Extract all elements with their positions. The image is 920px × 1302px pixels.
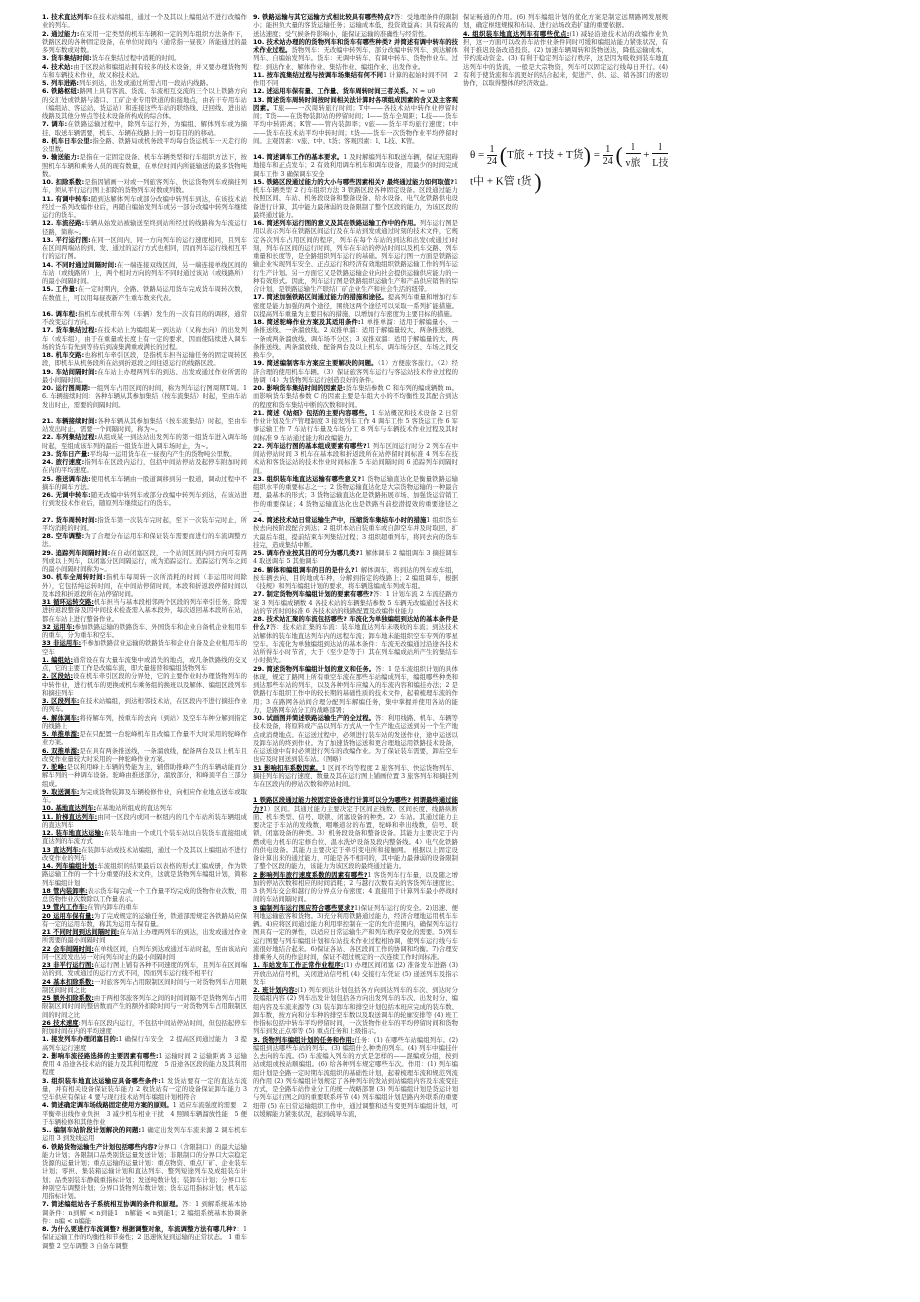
definition-entry: 6. 双推单溜:是在具有两条推送线，一条溜放线，配备两台及以上机车且改变作业量较… bbox=[42, 748, 247, 765]
definition-entry: 2. 影响车流径路选择的主要因素有哪些:1 运输时间 2 运输距离 3 运输费用… bbox=[42, 1053, 247, 1078]
entry-term: 4. 技术站: bbox=[42, 64, 73, 71]
entry-term: 31 影响扣车系数因素。 bbox=[253, 765, 322, 772]
entry-term: 23. 货车日产量: bbox=[42, 451, 90, 458]
formula-lhs: θ = bbox=[470, 149, 484, 161]
definition-entry: 12. 述运用车保有量、工作量、货车周转时间三者关系。N = uθ bbox=[253, 88, 458, 96]
definition-entry: 20. 运行图周期:一组列车占用区间的时间，称为列车运行图周期T周。16. 车辆… bbox=[42, 385, 247, 410]
entry-term: 8. 机车日车公里: bbox=[42, 138, 92, 145]
definition-entry: 4. 技术站:由于区段站和编组站拥有较多的技术设备，并又要办理货物列车和车辆技术… bbox=[42, 64, 247, 81]
entry-text: (1) 列车到达计划包括各方向到达列车的车次、到达时分及编组内容 (2) 列车出… bbox=[253, 987, 458, 1035]
definition-entry: 31 循环运转交路:机车担当与基本段相邻两个区段的列车牵引任务，除需进折返段整备… bbox=[42, 599, 247, 624]
definition-entry: 11. 阶梯直达列车:由同一区段内或同一枢纽内的几个车站所装车辆组成的直达列车 bbox=[42, 814, 247, 831]
entry-term: 17. 简述加强铁路区间通过能力的措施和途径。 bbox=[253, 294, 388, 301]
entry-term: 1. 车站发车工作正常作业程序: bbox=[253, 962, 343, 969]
entry-text: 1)保证列车运行的安全。2)迅速、便利地运输旅客和货物。3)充分利用铁路通过能力… bbox=[253, 905, 458, 962]
entry-term: 6. 铁路枢纽: bbox=[42, 88, 79, 95]
entry-term: 2. 影响车流径路选择的主要因素有哪些: bbox=[42, 1053, 159, 1060]
definition-entry: 9. 输送能力:是指在一定固定设备、机车车辆类型和行车组织方法下，按照机车车辆和… bbox=[42, 154, 247, 179]
entry-term: 10. 基地直达列车: bbox=[42, 805, 96, 812]
definition-entry: 19. 简述编制客车方案应主要解决的问题。（1）方便旅客旅行。（2）经济合理的使… bbox=[253, 360, 458, 385]
definition-entry: 16. 简述列车运行图的意义及其在铁路运输工作中的作用。列车运行图是用以表示列车… bbox=[253, 220, 458, 294]
entry-term: 8. 为什么要进行车流调整? 根据调整对象，车流调整方法有哪几种? bbox=[42, 1226, 236, 1233]
entry-term: 27. 制定货物列车编组计划的要素有哪些? bbox=[253, 591, 373, 598]
definition-entry: 19. 车站间隔时间:在车站上办理两列车的到达、出发或通过作业所需的最小间隔时间… bbox=[42, 369, 247, 386]
definition-entry: 18 管内装卸率:表示货车每完成一个工作量平均完成的货物作业次数，用总货物作业次… bbox=[42, 888, 247, 905]
entry-term: 17. 货车集结过程: bbox=[42, 327, 97, 334]
definition-entry: 23. 组织装车地直达运输有哪些意义?1 货物运输直达化是衡量铁路运输组织水平的… bbox=[253, 476, 458, 517]
definition-entry: 10. 基地直达列车:在基地站所组成的直达列车 bbox=[42, 805, 247, 813]
column-2: 9. 铁路运输与其它运输方式相比较具有哪些特点?答：受地理条件的限制小；能担负大… bbox=[253, 14, 458, 1119]
entry-term: 1. 接发列车办理闭塞目的: bbox=[42, 1036, 118, 1043]
definition-entry: 27. 货车周转时间:指货车第一次装车完时起，至下一次装车完时止，所平均消耗的时… bbox=[42, 517, 247, 534]
definition-entry: 7. 调车:在铁路运输过程中，除列车运行外，为编组、解体列车或为摘挂、取送车辆需… bbox=[42, 121, 247, 138]
entry-term: 26. 无调中转车: bbox=[42, 492, 91, 499]
entry-term: 7. 驼峰: bbox=[42, 764, 67, 771]
definition-entry: 20. 影响货车集结时间的因素是:货车集结参数 C 和车列的编成辆数 m。而影响… bbox=[253, 385, 458, 410]
entry-term: 11. 阶梯直达列车: bbox=[42, 814, 97, 821]
entry-term: 26 技术速度 bbox=[42, 1020, 79, 1027]
definition-entry: 保证畅通的作用。(6) 列车编组计划的优化方案是制定远期路网发展规划，确定枢纽规… bbox=[463, 14, 668, 31]
entry-term: 23. 组织装车地直达运输有哪些意义? bbox=[253, 476, 361, 483]
entry-text: 列车运行图是用以表示列车在铁路区间运行及在车站到发或通过时刻的技术文件，它规定各… bbox=[253, 220, 458, 293]
definition-entry: 1. 技术直达列车:在技术站编组，通过一个及其以上编组站不进行改编作业的列车。 bbox=[42, 14, 247, 31]
entry-term: 22 会车间隔时间: bbox=[42, 946, 94, 953]
fraction-1-24: 1 24 bbox=[487, 144, 497, 167]
definition-entry: 4. 简述确定调车场线路固定使用方案的原则。1 适应车流强度的需要 2 平衡牵出… bbox=[42, 1102, 247, 1127]
definition-entry: 3 编制列车运行图应符合哪些要求?1)保证列车运行的安全。2)迅速、便利地运输旅… bbox=[253, 905, 458, 963]
entry-term: 31 循环运转交路: bbox=[42, 599, 94, 606]
entry-term: 21 不同时间到达间隔时间: bbox=[42, 929, 119, 936]
entry-term: 14. 简述调车工作的基本要求。 bbox=[253, 154, 343, 161]
formula-sum: T旅 + T技 + T货 bbox=[507, 149, 584, 161]
definition-entry: 12. 车流径路:车辆从始发站被输送至终到站所经过的线路称为车流运行径路，简称~… bbox=[42, 220, 247, 237]
entry-term: 2. 通过能力: bbox=[42, 31, 79, 38]
entry-term: 4. 组织装车地直达列车有哪些优点: bbox=[463, 31, 569, 38]
definition-entry: 21. 车辆接续时间:各种车辆从其参加集结（按车流集结）时起，至由车站发出时止，… bbox=[42, 418, 247, 435]
entry-term: 7. 简述编组站各子系统相互协调的条件和原理。 bbox=[42, 1201, 182, 1208]
entry-term: 2 影响列车旅行速度系数的因素有哪些? bbox=[253, 872, 367, 879]
entry-term: 19 管内工作车: bbox=[42, 904, 87, 911]
definition-entry: 26. 无调中转车:随无改编中转列车或部分改编中转列车到达，在该站进行到发技术作… bbox=[42, 492, 247, 509]
definition-entry: 14. 列车编组计划:车流组织的结果最后以表格的形式汇编成册，作为铁路运输工作的… bbox=[42, 863, 247, 888]
document-page: 1. 技术直达列车:在技术站编组，通过一个及其以上编组站不进行改编作业的列车。2… bbox=[0, 0, 920, 1302]
entry-term: 27. 货车周转时间: bbox=[42, 517, 97, 524]
definition-entry: 28. 空车调整:为了合理分布运用车和保证装车需要而进行的车流调整方法。 bbox=[42, 533, 247, 550]
entry-term: 2. 班计划内容: bbox=[253, 987, 297, 994]
definition-entry: 2. 班计划内容:(1) 列车到达计划包括各方向到达列车的车次、到达时分及编组内… bbox=[253, 987, 458, 1037]
entry-term: 19. 车站间隔时间: bbox=[42, 369, 97, 376]
entry-text: 保证畅通的作用。(6) 列车编组计划的优化方案是制定远期路网发展规划，确定枢纽规… bbox=[463, 14, 668, 29]
entry-term: 11. 按车流集结过程与按调车场集结有何不同 bbox=[253, 72, 383, 79]
entry-term: 9. 输送能力: bbox=[42, 154, 79, 161]
entry-text: 在管内卸车的重车 bbox=[87, 904, 138, 911]
entry-term: 3. 货物列车编组计划的任务和作用: bbox=[253, 1037, 354, 1044]
entry-term: 30. 试画图并简述铁路运输生产的全过程。 bbox=[253, 715, 375, 722]
definition-entry: 25. 推送调车法:使用机车车辆由一股道调移到另一股道，调动过程中不摘车的调车方… bbox=[42, 476, 247, 493]
definition-entry: 6. 铁路枢纽:路网上具有客流、货流、车流相互交流的三个以上铁路方向的交汇处或铁… bbox=[42, 88, 247, 121]
definition-entry: 21. 简述《站细》包括的主要内容哪些。1 车站概况和技术设备 2 日常作业计划… bbox=[253, 410, 458, 443]
entry-term: 23 非平行运行图: bbox=[42, 962, 94, 969]
definition-entry: 27. 制定货物列车编组计划的要素有哪些?答：1 计划车流 2 车流径路方案 3… bbox=[253, 591, 458, 616]
definition-entry: 24 基本扣除系数:一对旅客列车占用限制区间时间与一对货物列车占用限制区间时间之… bbox=[42, 979, 247, 996]
entry-term: 18. 机车交路: bbox=[42, 352, 84, 359]
entry-text: (1) 减轻沿途技术站的改编作业负担，这一方面可以改善车站作业条件同时可缓和编组… bbox=[463, 31, 668, 88]
entry-term: 9. 取送调车: bbox=[42, 789, 79, 796]
definition-entry: 1. 接发列车办理闭塞目的:1 确保行车安全 2 提高区间通过能力 3 提高列车… bbox=[42, 1036, 247, 1053]
entry-term: 22. 车列集结过程: bbox=[42, 434, 97, 441]
entry-term: 18. 简述驼峰作业方案及其适用条件: bbox=[253, 319, 361, 326]
entry-term: 32 运用车: bbox=[42, 624, 75, 631]
entry-term: 5. 单推单溜: bbox=[42, 731, 79, 738]
entry-term: 12. 述运用车保有量、工作量、货车周转时间三者关系。 bbox=[253, 88, 412, 95]
entry-term: 25. 推送调车法: bbox=[42, 476, 91, 483]
fraction-l-L: l L技 bbox=[652, 142, 668, 169]
entry-text: 在基地站所组成的直达列车 bbox=[96, 805, 172, 812]
entry-term: 3. 组织装车地直达运输应具备哪些条件: bbox=[42, 1078, 161, 1085]
definition-entry: 28. 技术站汇聚的车流包括哪些? 车流化为单独编组到达站的基本条件是什么?答：… bbox=[253, 616, 458, 666]
definition-entry: 22. 车列集结过程:从组成某一到达站出发列车的第一组货车进入调车场时起，至组成… bbox=[42, 434, 247, 451]
definition-entry: 19 管内工作车:在管内卸车的重车 bbox=[42, 904, 247, 912]
entry-text: 设在机车牵引区段的分界处，它的主要作业时办理货物列车的中转作业，进行机车的更换或… bbox=[42, 673, 247, 697]
definition-entry: 25. 调车作业按其目的可分为哪几类?1 解体调车 2 编组调车 3 摘挂调车 … bbox=[253, 550, 458, 567]
entry-term: 14. 列车编组计划: bbox=[42, 863, 97, 870]
definition-entry: 31 影响扣车系数因素。1 区间不均等程度 2 旅客列车、快运货物列车、摘挂列车… bbox=[253, 765, 458, 790]
definition-entry: 5.. 编制车站阶段计划解决的问题:1 确定出发列车车流来源 2 调车机车运用 … bbox=[42, 1127, 247, 1144]
definition-entry: 7. 驼峰:是以利用峰上车辆的势能为主，辅借助推峰产生的车辆动能而分解车列的一种… bbox=[42, 764, 247, 789]
entry-text: 分界口（含限制口）的最大运输能力计划；各限制口品类别货运量发送计划；非限制口的分… bbox=[42, 1144, 247, 1201]
entry-term: 11. 有调中转车: bbox=[42, 196, 91, 203]
entry-term: 1. 技术直达列车: bbox=[42, 14, 92, 21]
definition-entry: 4. 组织装车地直达列车有哪些优点:(1) 减轻沿途技术站的改编作业负担，这一方… bbox=[463, 31, 668, 89]
definition-entry: 3. 组织装车地直达运输应具备哪些条件:1 发货站要有一定的直达车流量，并有相关… bbox=[42, 1078, 247, 1103]
entry-text: 由于区段站和编组站拥有较多的技术设备，并又要办理货物列车和车辆技术作业，故又称技… bbox=[42, 64, 247, 79]
entry-term: 10. 扣除系数: bbox=[42, 179, 84, 186]
entry-term: 9. 铁路运输与其它运输方式相比较具有哪些特点? bbox=[253, 14, 394, 21]
definition-entry: 18. 机车交路:也称机车牵引区段，是指机车担当运输任务的固定周转区段，即机车从… bbox=[42, 352, 247, 369]
definition-entry: 18. 简述驼峰作业方案及其适用条件:1 单推单溜：适用于解编量小、一条推送线、… bbox=[253, 319, 458, 360]
entry-term: 24 基本扣除系数: bbox=[42, 979, 94, 986]
entry-term: 2. 区段站: bbox=[42, 673, 73, 680]
definition-entry: 33 非运用车:不参加铁路营业运输的铁路货车和企业自备及企业租用车的空车 bbox=[42, 640, 247, 657]
definition-entry: 12. 装车地直达运输:在装车地由一个或几个装车站以自装货车直接组成直达列的车流… bbox=[42, 830, 247, 847]
definition-entry: 9. 取送调车:为完成货物装卸及车辆检修作业，向相应作业地点送车或取车。 bbox=[42, 789, 247, 806]
definition-entry: 23. 货车日产量:平均每一运用货车在一昼夜内产生的货物吨公里数。 bbox=[42, 451, 247, 459]
entry-text: 在铁路运输过程中，除列车运行外，为编组、解体列车或为摘挂、取送车辆需要，机车、车… bbox=[42, 121, 247, 136]
entry-term: 25 额外扣除系数: bbox=[42, 995, 94, 1002]
definition-entry: 13 直达列车:在装卸车站或技术站编组，通过一个及其以上编组站不进行改变作业的列… bbox=[42, 847, 247, 864]
entry-term: 5.. 编制车站阶段计划解决的问题: bbox=[42, 1127, 141, 1134]
entry-term: 6. 双推单溜: bbox=[42, 748, 79, 755]
entry-text: 通常设在有大量车流集中或消失的地点，或几条铁路线的交叉点，它的主要工作是改编车流… bbox=[42, 657, 247, 672]
definition-entry: 1 铁路区段通过能力按固定设备进行计算可以分为哪些? 何谓最终通过能力?1）区间… bbox=[253, 797, 458, 871]
entry-term: 24. 简述技术站日常运输生产中，压缩货车集结车小时的措施 bbox=[253, 517, 426, 524]
entry-term: 4. 解体调车: bbox=[42, 715, 79, 722]
definition-entry: 13. 平行运行图:在同一区间内，同一方向列车的运行速度相同，且列车在区间两端站… bbox=[42, 237, 247, 262]
definition-entry: 2 影响列车旅行速度系数的因素有哪些?1 客货列车行车量，以及随之增加的停站次数… bbox=[253, 872, 458, 905]
entry-term: 3. 货车集结时间: bbox=[42, 55, 92, 62]
entry-term: 1. 编组站: bbox=[42, 657, 73, 664]
entry-term: 30. 机车全周转时间: bbox=[42, 574, 106, 581]
definition-entry: 30. 机车全周转时间:指机车每周转一次所消耗的时间（非运用时间除外），它包括纯… bbox=[42, 574, 247, 599]
definition-entry: 24. 简述技术站日常运输生产中，压缩货车集结车小时的措施1 组织货车按去向按阶… bbox=[253, 517, 458, 550]
entry-term: 16. 简述列车运行图的意义及其在铁路运输工作中的作用。 bbox=[253, 220, 420, 227]
entry-term: 4. 简述确定调车场线路固定使用方案的原则。 bbox=[42, 1102, 173, 1109]
entry-term: 20. 影响货车集结时间的因素是: bbox=[253, 385, 345, 392]
definition-entry: 30. 试画图并简述铁路运输生产的全过程。答：利用线路、机车、车辆等技术设备，将… bbox=[253, 715, 458, 765]
definition-entry: 5. 列车进路:列车到达、出发或通过所需占用一段站内线路。 bbox=[42, 80, 247, 88]
definition-entry: 32 运用车:参加铁路运输的铁路货车、外国货车和企业自备机企业租用车的重车，分为… bbox=[42, 624, 247, 641]
entry-term: 15. 工作量: bbox=[42, 286, 78, 293]
entry-term: 15. 铁路区段通过能力的大小与哪些因素相关? 最终通过能力如何取值? bbox=[253, 179, 454, 186]
entry-term: 3. 区段列车: bbox=[42, 698, 79, 705]
entry-term: 20 运用车保有量: bbox=[42, 913, 94, 920]
definition-entry: 22. 列车运行图的基本组成要素有哪些?1 列车区间运行时分 2 列车在中间站停… bbox=[253, 443, 458, 476]
definition-entry: 21 不同时间到达间隔时间:在车站上办理两列车的到达，出发或通过作业所需要的最小… bbox=[42, 929, 247, 946]
entry-term: 20. 运行图周期: bbox=[42, 385, 90, 392]
definition-entry: 11. 按车流集结过程与按调车场集结有何不同1 计算的起始时间不同 2 作用不同 bbox=[253, 72, 458, 89]
entry-text: 货车在集结过程中消耗的时间。 bbox=[92, 55, 181, 62]
entry-term: 28. 空车调整: bbox=[42, 533, 84, 540]
definition-entry: 22 会车间隔时间:在单线区间，自列车到达或通过车站时起，至由该站向同一区段发出… bbox=[42, 946, 247, 963]
entry-term: 26. 解体和编组调车的目的是什么? bbox=[253, 567, 355, 574]
entry-text: 答：技术站汇集的车流：装车地直达列车未吸收的车流；到达技术站解体的装车地直达列车… bbox=[253, 624, 458, 664]
entry-term: 12. 装车地直达运输: bbox=[42, 830, 104, 837]
definition-entry: 4. 解体调车:将待解车列，按重车的去向（到站）及空车车种分解到指定的线路上 bbox=[42, 715, 247, 732]
definition-entry: 2. 区段站:设在机车牵引区段的分界处，它的主要作业时办理货物列车的中转作业，进… bbox=[42, 673, 247, 698]
column-3: 保证畅通的作用。(6) 列车编组计划的优化方案是制定远期路网发展规划，确定枢纽规… bbox=[463, 14, 668, 88]
definition-entry: 26. 解体和编组调车的目的是什么?1 解体调车，将到达的列车或车组，按车辆去向… bbox=[253, 567, 458, 592]
entry-term: 19. 简述编制客车方案应主要解决的问题。 bbox=[253, 360, 378, 367]
entry-term: 25. 调车作业按其目的可分为哪几类? bbox=[253, 550, 359, 557]
column-1: 1. 技术直达列车:在技术站编组，通过一个及其以上编组站不进行改编作业的列车。2… bbox=[42, 14, 247, 1251]
entry-text: 是以利用峰上车辆的势能为主，辅借助推峰产生的车辆动能而分解车列的一种调车设备。驼… bbox=[42, 764, 247, 788]
entry-text: N = uθ bbox=[412, 88, 435, 95]
definition-entry: 10. 技术站办理的的货物列车和货车有哪些种类? 并简述有调中转车的技术作业过程… bbox=[253, 39, 458, 72]
wagon-turnaround-formula: θ = 1 24 (T旅 + T技 + T货) = 1 24 ( l v旅 + … bbox=[470, 142, 670, 182]
definition-entry: 8. 为什么要进行车流调整? 根据调整对象，车流调整方法有哪几种?：1 保证运输… bbox=[42, 1226, 247, 1251]
entry-term: 33 非运用车: bbox=[42, 640, 81, 647]
definition-entry: 29. 简述货物列车编组计划的意义和任务。答：1 是车流组织计划的具体体现，规定… bbox=[253, 666, 458, 716]
entry-term: 3 编制列车运行图应符合哪些要求? bbox=[253, 905, 354, 912]
entry-term: 21. 简述《站细》包括的主要内容哪些。 bbox=[253, 410, 371, 417]
definition-entry: 3. 货物列车编组计划的任务和作用:任务：(1) 在哪些车站编组列车。(2) 编… bbox=[253, 1037, 458, 1120]
definition-entry: 6. 铁路货物运输生产计划包括哪些内容?分界口（含限制口）的最大运输能力计划；各… bbox=[42, 1144, 247, 1202]
entry-term: 12. 车流径路: bbox=[42, 220, 84, 227]
definition-entry: 14. 简述调车工作的基本要求。1 及时解编列车和取送车辆，保证无阻碍地接车和正… bbox=[253, 154, 458, 179]
entry-text: 答：利用线路、机车、车辆等技术设备，将原料或产品以列车方式从一个生产地点运送到另… bbox=[253, 715, 458, 763]
definition-entry: 16. 调车程:指机车或机带车列（车辆）发生的一次有目的的调移，通常不改变运行方… bbox=[42, 311, 247, 328]
definition-entry: 24. 旅行速度:指列车在区段内运行，包括中间站停站及起停车附加时间在内的平均速… bbox=[42, 459, 247, 476]
entry-term: 24. 旅行速度: bbox=[42, 459, 84, 466]
entry-term: 21. 车辆接续时间: bbox=[42, 418, 97, 425]
entry-term: 6. 铁路货物运输生产计划包括哪些内容? bbox=[42, 1144, 157, 1151]
definition-entry: 13. 简述货车周转时间按时间相关法计算时各项组成因素的含义及主客观因素。T旅—… bbox=[253, 97, 458, 147]
definition-entry: 26 技术速度:列车在区段内运行，不包括中间站停站时间，但包括起停车附加时间在内… bbox=[42, 1020, 247, 1037]
entry-term: 29. 追踪列车间隔时间: bbox=[42, 550, 110, 557]
definition-entry: 14. 不同时通过间隔时间:在一端连接双线区间，另一端连接单线区间的车站（或线路… bbox=[42, 262, 247, 287]
definition-entry: 17. 货车集结过程:在技术站上为编组某一到达站（又称去向）的出发列车（或车组）… bbox=[42, 327, 247, 352]
entry-term: 13. 平行运行图: bbox=[42, 237, 91, 244]
definition-entry: 1. 编组站:通常设在有大量车流集中或消失的地点，或几条铁路线的交叉点，它的主要… bbox=[42, 657, 247, 674]
entry-term: 5. 列车进路: bbox=[42, 80, 79, 87]
definition-entry: 17. 简述加强铁路区间通过能力的措施和途径。提高列车重量和增加行车密度是能力加… bbox=[253, 294, 458, 319]
definition-entry: 15. 工作量:在一定时期内，全路、铁路局运用货车完成货车周转次数，在数值上，可… bbox=[42, 286, 247, 303]
entry-term: 16. 调车程: bbox=[42, 311, 78, 318]
definition-entry: 29. 追踪列车间隔时间:在自动闭塞区段，一个站间区间内同方向可有两列或以上列车… bbox=[42, 550, 247, 575]
entry-term: 7. 调车: bbox=[42, 121, 67, 128]
entry-term: 18 管内装卸率: bbox=[42, 888, 88, 895]
definition-entry: 9. 铁路运输与其它运输方式相比较具有哪些特点?答：受地理条件的限制小；能担负大… bbox=[253, 14, 458, 39]
definition-entry: 2. 通过能力:在采用一定类型的机车车辆和一定的列车组织方法条件下，铁路区段的各… bbox=[42, 31, 247, 56]
definition-entry: 20 运用车保有量:为了完成规定的运输任务，铁道部需规定各铁路局应保有一定的运用… bbox=[42, 913, 247, 930]
definition-entry: 8. 机车日车公里:指全路、铁路局或机务段平均每台货运机车一天走行的公里数。 bbox=[42, 138, 247, 155]
entry-term: 13 直达列车: bbox=[42, 847, 81, 854]
entry-term: 29. 简述货物列车编组计划的意义和任务。 bbox=[253, 666, 375, 673]
definition-entry: 3. 区段列车:在技术站编组，到达相邻技术站，在区段内不进行摘挂作业的列车。 bbox=[42, 698, 247, 715]
entry-term: 22. 列车运行图的基本组成要素有哪些? bbox=[253, 443, 367, 450]
definition-entry: 15. 铁路区段通过能力的大小与哪些因素相关? 最终通过能力如何取值?1 机车车… bbox=[253, 179, 458, 220]
entry-text: 平均每一运用货车在一昼夜内产生的货物吨公里数。 bbox=[90, 451, 236, 458]
entry-text: 列车到达、出发或通过所需占用一段站内线路。 bbox=[79, 80, 212, 87]
entry-text: T旅——一次周转旅行时间；T中——各技术站中转作业停留时间；T货——在货物装卸站… bbox=[253, 105, 458, 145]
definition-entry: 11. 有调中转车:随到达解体列车或部分改编中转列车到达，在该技术站经过一系列改… bbox=[42, 196, 247, 221]
definition-entry: 23 非平行运行图:在运行图上铺有各种不同速度的列车，且列车在区间端站的到、发或… bbox=[42, 962, 247, 979]
entry-text: 任务：(1) 在哪些车站编组列车。(2) 编组到达哪些车站的列车。(3) 编组什… bbox=[253, 1037, 458, 1118]
definition-entry: 3. 货车集结时间:货车在集结过程中消耗的时间。 bbox=[42, 55, 247, 63]
entry-text: 1）区间。其通过能力主要决定于区间正线数、区间长度、线路纵断面、机车类型、信号、… bbox=[253, 806, 458, 871]
definition-entry: 25 额外扣除系数:由于两相邻旅客列车之间的时间间隔不是货物列车占用限制区间时间… bbox=[42, 995, 247, 1020]
fraction-1-24-b: 1 24 bbox=[603, 144, 613, 167]
fraction-l-v: l v旅 bbox=[626, 142, 641, 169]
definition-entry: 5. 单推单溜:是在只配置一台驼峰机车且改编工作量不大时采用的驼峰作业方案。 bbox=[42, 731, 247, 748]
entry-term: 14. 不同时通过间隔时间: bbox=[42, 262, 117, 269]
definition-entry: 10. 扣除系数:是指因铺画一对或一列旅客列车、快运货物列车或摘挂列车，须从平行… bbox=[42, 179, 247, 196]
definition-entry: 7. 简述编组站各子系统相互协调的条件和原理。答：1 到解系统基本协调条件：n到… bbox=[42, 1201, 247, 1226]
definition-entry: 1. 车站发车工作正常作业程序:(1) 办理区间闭塞 (2) 准备发车进路 (3… bbox=[253, 962, 458, 987]
